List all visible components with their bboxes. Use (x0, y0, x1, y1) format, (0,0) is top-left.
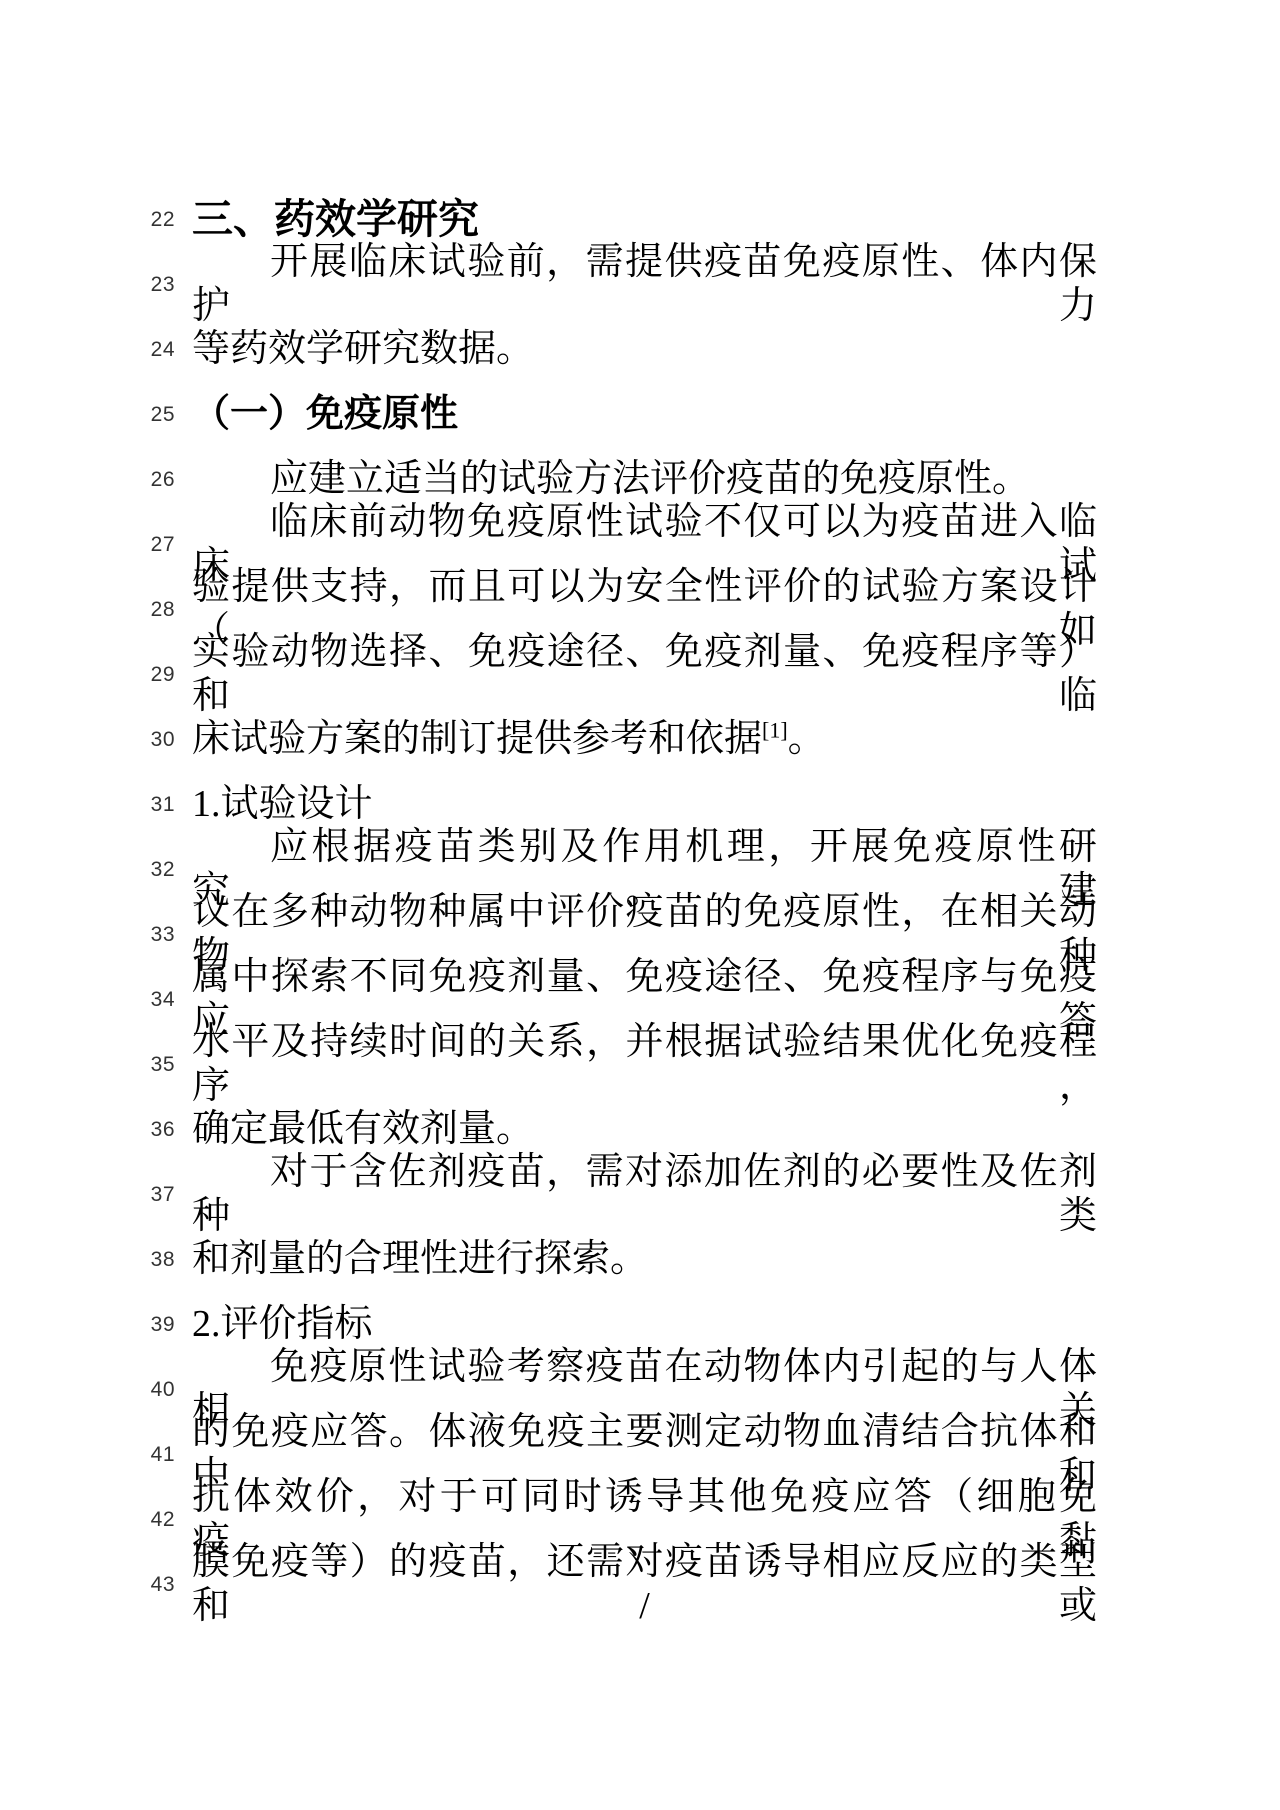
line-text: 床试验方案的制订提供参考和依据[1]。 (192, 718, 1097, 762)
line-text: 应建立适当的试验方法评价疫苗的免疫原性。 (192, 458, 1097, 502)
line-number: 35 (135, 1053, 175, 1077)
line-number: 31 (135, 793, 175, 817)
document-line: 23 开展临床试验前，需提供疫苗免疫原性、体内保护力 (0, 252, 1280, 317)
document-line: 38 和剂量的合理性进行探索。 (0, 1227, 1280, 1292)
line-text: 对于含佐剂疫苗，需对添加佐剂的必要性及佐剂种类 (192, 1151, 1097, 1238)
line-number: 37 (135, 1183, 175, 1207)
line-number: 30 (135, 728, 175, 752)
line-number: 41 (135, 1443, 175, 1467)
line-number: 27 (135, 533, 175, 557)
line-number: 43 (135, 1573, 175, 1597)
document-line: 43 膜免疫等）的疫苗，还需对疫苗诱导相应反应的类型和/或 (0, 1552, 1280, 1617)
line-number: 40 (135, 1378, 175, 1402)
document-page: 22 三、药效学研究 23 开展临床试验前，需提供疫苗免疫原性、体内保护力 24… (0, 0, 1280, 1810)
line-number: 33 (135, 923, 175, 947)
line-text: 水平及持续时间的关系，并根据试验结果优化免疫程序， (192, 1021, 1097, 1108)
line-text: 实验动物选择、免疫途径、免疫剂量、免疫程序等）和临 (192, 631, 1097, 718)
line-text: （一）免疫原性 (192, 393, 1097, 437)
line-number: 28 (135, 598, 175, 622)
document-line: 24 等药效学研究数据。 (0, 317, 1280, 382)
line-text: 和剂量的合理性进行探索。 (192, 1238, 1097, 1282)
line-number: 34 (135, 988, 175, 1012)
line-text: 开展临床试验前，需提供疫苗免疫原性、体内保护力 (192, 241, 1097, 328)
line-number: 26 (135, 468, 175, 492)
line-text: 膜免疫等）的疫苗，还需对疫苗诱导相应反应的类型和/或 (192, 1541, 1097, 1628)
line-text: 确定最低有效剂量。 (192, 1108, 1097, 1152)
document-lines: 22 三、药效学研究 23 开展临床试验前，需提供疫苗免疫原性、体内保护力 24… (0, 187, 1280, 1617)
line-text: 等药效学研究数据。 (192, 328, 1097, 372)
line-number: 24 (135, 338, 175, 362)
line-number: 25 (135, 403, 175, 427)
line-number: 29 (135, 663, 175, 687)
line-number: 38 (135, 1248, 175, 1272)
line-number: 22 (135, 208, 175, 232)
document-line: 37 对于含佐剂疫苗，需对添加佐剂的必要性及佐剂种类 (0, 1162, 1280, 1227)
line-number: 36 (135, 1118, 175, 1142)
document-line: 29 实验动物选择、免疫途径、免疫剂量、免疫程序等）和临 (0, 642, 1280, 707)
line-text: 2.评价指标 (192, 1303, 1097, 1347)
line-number: 23 (135, 273, 175, 297)
line-number: 39 (135, 1313, 175, 1337)
line-text: 三、药效学研究 (192, 196, 1097, 243)
line-number: 32 (135, 858, 175, 882)
line-text: 1.试验设计 (192, 783, 1097, 827)
document-line: 35 水平及持续时间的关系，并根据试验结果优化免疫程序， (0, 1032, 1280, 1097)
line-number: 42 (135, 1508, 175, 1532)
document-line: 30 床试验方案的制订提供参考和依据[1]。 (0, 707, 1280, 772)
document-line: 25 （一）免疫原性 (0, 382, 1280, 447)
footnote-reference: [1] (762, 717, 788, 742)
